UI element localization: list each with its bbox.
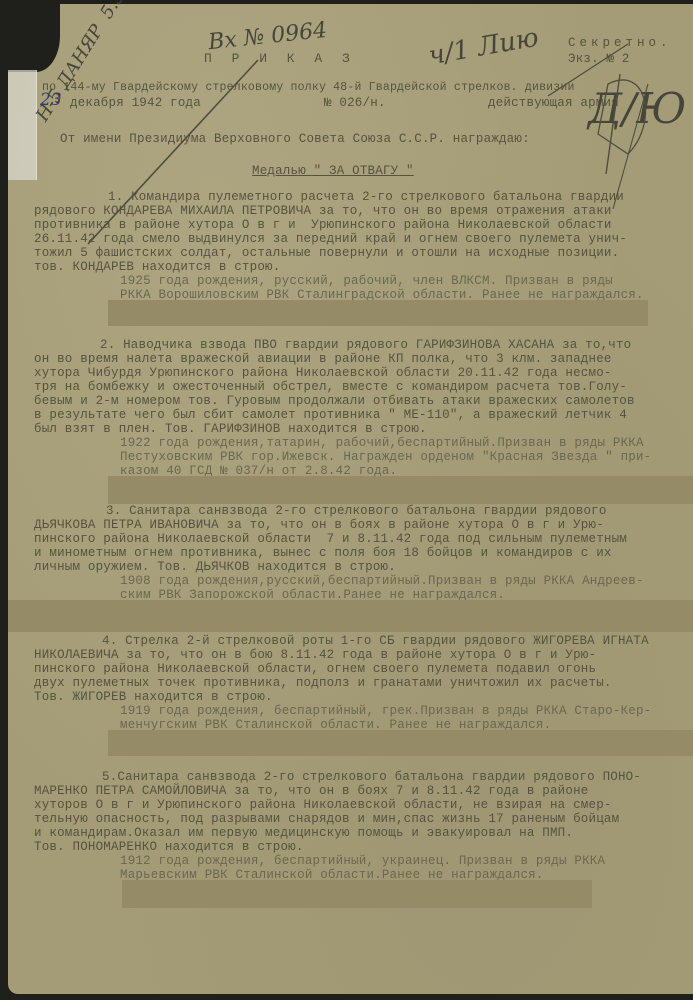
document-sheet: Секретно. Экз. № 2 П Р И К А З по 144-му… [8, 4, 693, 994]
pencil-strokes [8, 4, 693, 994]
